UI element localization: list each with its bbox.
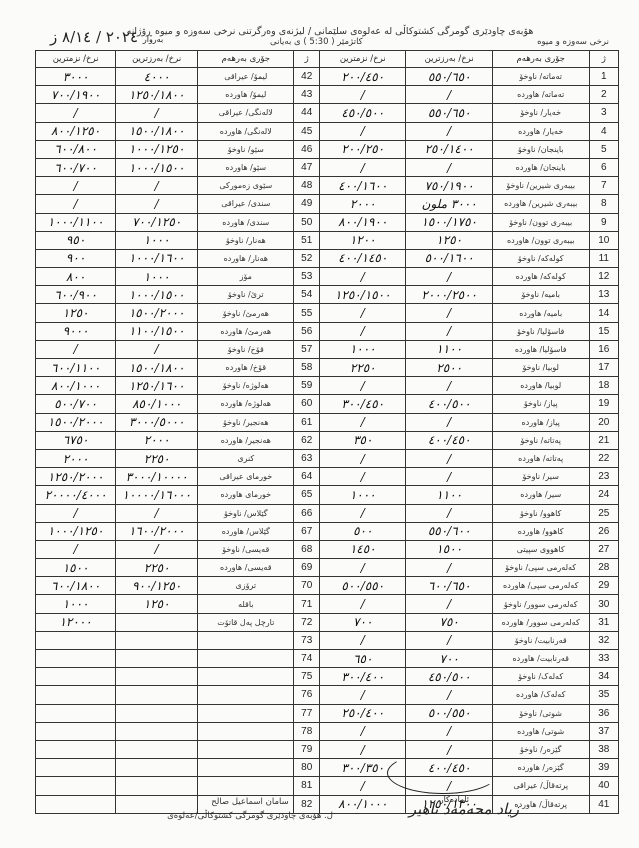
highest-price: ٢٢٥٠ <box>116 559 198 577</box>
item-name: گێزەر/ ناوخۆ <box>492 740 589 758</box>
row-number: 36 <box>589 704 618 722</box>
item-name: بیبەری توون/ هاوردە <box>492 231 589 249</box>
table-row: 36شوتی/ ناوخۆ٥٠٠/٥٥٠٢٥٠/٤٠٠ <box>320 704 619 722</box>
row-number: 15 <box>589 322 618 340</box>
item-name: خەیار/ ناوخۆ <box>492 104 589 122</box>
table-row: 31کەلەرمی سوور/ هاوردە٧٥٠٧٠٠ <box>320 613 619 631</box>
item-name: خورمای هاوردە <box>198 486 294 504</box>
row-number: 6 <box>589 158 618 176</box>
highest-price: ٣٠٠٠/٥٠٠٠ <box>116 413 198 431</box>
lowest-price <box>36 668 116 686</box>
table-row: 51هەنار/ ناوخۆ١٠٠٠٩٥٠ <box>36 231 320 249</box>
item-name: لالەنگی/ هاوردە <box>198 122 294 140</box>
item-name: هەنجیر/ هاوردە <box>198 431 294 449</box>
highest-price: ١٠٠٠/١٢٥٠ <box>116 140 198 158</box>
row-number: 34 <box>589 668 618 686</box>
lowest-price: ٧٠٠/١٩٠٠ <box>36 86 116 104</box>
official-role: ل. هۆبەی چاودێری گومرگی کشتوکاڵی/عەلوەی <box>150 809 350 823</box>
lowest-price: ١٥٠٠/٢٠٠٠ <box>36 413 116 431</box>
table-row: 81 <box>36 777 320 795</box>
row-number: 51 <box>294 231 320 249</box>
item-name: بیبەری شیرین/ هاوردە <box>492 195 589 213</box>
lowest-price: / <box>320 122 406 140</box>
highest-price: ٥٥٠/٦٥٠ <box>406 104 492 122</box>
highest-price: ٦٠٠/٦٥٠ <box>406 577 492 595</box>
item-name: کاهوو/ ناوخۆ <box>492 504 589 522</box>
lowest-price: / <box>320 86 406 104</box>
highest-price: ٢٠٠٠/٢٥٠٠ <box>406 286 492 304</box>
item-name: پرتەقاڵ/ عیراقی <box>492 777 589 795</box>
lowest-price: ٦٠٠/٨٠٠ <box>36 140 116 158</box>
highest-price: ١٥٠٠/١٨٠٠ <box>116 122 198 140</box>
lowest-price: / <box>36 540 116 558</box>
lowest-price <box>36 704 116 722</box>
row-number: 47 <box>294 158 320 176</box>
lowest-price: ٧٠٠ <box>320 613 406 631</box>
item-name: کەلەرمی سوور/ ناوخۆ <box>492 595 589 613</box>
lowest-price: ٥٠٠/٧٠٠ <box>36 395 116 413</box>
row-number: 35 <box>589 686 618 704</box>
highest-price: ١٠٠٠ <box>116 231 198 249</box>
col-lowest: نرخ/ نزمترین <box>320 51 406 68</box>
table-row: 65خورمای هاوردە١٠٠٠٠/١٦٠٠٠٢٠٠٠٠/٤٠٠٠ <box>36 486 320 504</box>
row-number: 7 <box>589 177 618 195</box>
highest-price: ٢٥٠٠ <box>406 359 492 377</box>
lowest-price: ٨٠٠/١٩٠٠ <box>320 213 406 231</box>
item-name: کولەکە/ هاوردە <box>492 268 589 286</box>
row-number: 48 <box>294 177 320 195</box>
row-number: 68 <box>294 540 320 558</box>
row-number: 63 <box>294 449 320 467</box>
lowest-price <box>36 759 116 777</box>
highest-price: ١٢٥٠/١٨٠٠ <box>116 86 198 104</box>
highest-price: / <box>406 122 492 140</box>
highest-price: ١٠٠٠/١٦٠٠ <box>116 249 198 267</box>
highest-price: ٣٠٠٠ ملون <box>406 195 492 213</box>
item-name: بیبەری شیرین/ ناوخۆ <box>492 177 589 195</box>
item-name: کەلەک/ ناوخۆ <box>492 668 589 686</box>
lowest-price: / <box>36 504 116 522</box>
highest-price: ١٢٥٠/١٦٠٠ <box>116 377 198 395</box>
highest-price: / <box>406 86 492 104</box>
item-name: قۆخ/ هاوردە <box>198 359 294 377</box>
row-number: 29 <box>589 577 618 595</box>
row-number: 22 <box>589 449 618 467</box>
lowest-price: / <box>320 740 406 758</box>
table-row: 34کەلەک/ ناوخۆ٤٥٠/٥٠٠٣٠٠/٤٠٠ <box>320 668 619 686</box>
highest-price: / <box>116 195 198 213</box>
highest-price: ١٠٠٠ <box>116 268 198 286</box>
price-table-left: ژ جۆری بەرهەم نرخ/ بەرزترین نرخ/ نزمترین… <box>35 50 320 814</box>
table-row: 70ترۆزی٩٠٠/١٢٥٠٦٠٠/١٨٠٠ <box>36 577 320 595</box>
table-row: 55هەرمێ/ ناوخۆ١٥٠٠/٢٠٠٠١٢٥٠ <box>36 304 320 322</box>
lowest-price: ٢٠٠٠ <box>320 195 406 213</box>
row-number: 33 <box>589 650 618 668</box>
highest-price: ٥٥٠/٦٠٠ <box>406 522 492 540</box>
row-number: 76 <box>294 686 320 704</box>
item-name: قەیسی/ ناوخۆ <box>198 540 294 558</box>
lowest-price: / <box>320 468 406 486</box>
table-row: 11کولەکە/ ناوخۆ٥٠٠/١٦٠٠٤٠٠/١٤٥٠ <box>320 249 619 267</box>
highest-price <box>116 740 198 758</box>
row-number: 74 <box>294 650 320 668</box>
row-number: 13 <box>589 286 618 304</box>
lowest-price: ١٥٠٠ <box>36 559 116 577</box>
item-name: شوتی/ هاوردە <box>492 722 589 740</box>
item-name: گێزەر/ هاوردە <box>492 759 589 777</box>
row-number: 24 <box>589 486 618 504</box>
table-row: 72تارچل پەل قاتۆت١٢٠٠٠ <box>36 613 320 631</box>
lowest-price: / <box>320 413 406 431</box>
row-number: 80 <box>294 759 320 777</box>
highest-price: ١٢٥٠ <box>116 595 198 613</box>
lowest-price: ٣٠٠/٤٠٠ <box>320 668 406 686</box>
table-row: 12کولەکە/ هاوردە// <box>320 268 619 286</box>
item-name: هەنار/ هاوردە <box>198 249 294 267</box>
lowest-price: ٥٠٠ <box>320 522 406 540</box>
table-row: 17لوبیا/ ناوخۆ٢٥٠٠٢٢٥٠ <box>320 359 619 377</box>
item-name: کەلەرمی سوور/ هاوردە <box>492 613 589 631</box>
item-name: پەتاتە/ ناوخۆ <box>492 431 589 449</box>
table-row: 60هەلوژە/ هاوردە٨٥٠/١٠٠٠٥٠٠/٧٠٠ <box>36 395 320 413</box>
table-row: 20پیاز/ هاوردە// <box>320 413 619 431</box>
highest-price <box>116 668 198 686</box>
table-row: 18لوبیا/ هاوردە// <box>320 377 619 395</box>
table-row: 78 <box>36 722 320 740</box>
item-name: مۆز <box>198 268 294 286</box>
row-number: 78 <box>294 722 320 740</box>
item-name: باینجان/ ناوخۆ <box>492 140 589 158</box>
col-item: جۆری بەرهەم <box>492 51 589 68</box>
item-name <box>198 740 294 758</box>
highest-price: / <box>116 340 198 358</box>
table-row: 44لالەنگی/ عیراقی// <box>36 104 320 122</box>
table-row: 75 <box>36 668 320 686</box>
table-row: 9بیبەری توون/ ناوخۆ١٥٠٠/١٧٥٠٨٠٠/١٩٠٠ <box>320 213 619 231</box>
item-name: پیاز/ هاوردە <box>492 413 589 431</box>
item-name: باقلە <box>198 595 294 613</box>
table-row: 74 <box>36 650 320 668</box>
item-name: خەیار/ هاوردە <box>492 122 589 140</box>
item-name: کەلەرمی سپی/ ناوخۆ <box>492 559 589 577</box>
table-row: 37شوتی/ هاوردە// <box>320 722 619 740</box>
highest-price <box>116 722 198 740</box>
lowest-price: ٤٠٠/١٦٠٠ <box>320 177 406 195</box>
row-number: 27 <box>589 540 618 558</box>
date-label: بەروار <box>143 35 163 44</box>
row-number: 52 <box>294 249 320 267</box>
table-row: 64خورمای عیراقی٣٠٠٠/١٠٠٠٠١٢٥٠/٢٠٠٠ <box>36 468 320 486</box>
col-no: ژ <box>294 51 320 68</box>
table-row: 30کەلەرمی سوور/ ناوخۆ// <box>320 595 619 613</box>
highest-price: ١٠٠٠/١٥٠٠ <box>116 158 198 176</box>
row-number: 16 <box>589 340 618 358</box>
document-title: هۆبەی چاودێری گومرگی کشتوکاڵی لە عەلوەی … <box>110 26 550 37</box>
item-name: بامیە/ ناوخۆ <box>492 286 589 304</box>
signer-signature: زیاد محەمەد تاهیر <box>409 800 519 818</box>
table-row: 46سێو/ ناوخۆ١٠٠٠/١٢٥٠٦٠٠/٨٠٠ <box>36 140 320 158</box>
lowest-price: ٣٥٠ <box>320 431 406 449</box>
highest-price: / <box>406 322 492 340</box>
lowest-price: ٢٥٠/٤٠٠ <box>320 704 406 722</box>
lowest-price: ١٢٥٠ <box>36 304 116 322</box>
table-row: 56هەرمێ/ هاوردە١١٠٠/١٥٠٠٩٠٠٠ <box>36 322 320 340</box>
lowest-price <box>36 777 116 795</box>
lowest-price: ١٠٠٠/١١٠٠ <box>36 213 116 231</box>
highest-price: / <box>406 449 492 467</box>
row-number: 55 <box>294 304 320 322</box>
item-name: گێلاس/ ناوخۆ <box>198 504 294 522</box>
lowest-price: / <box>320 559 406 577</box>
lowest-price: / <box>36 177 116 195</box>
item-name: گێلاس/ هاوردە <box>198 522 294 540</box>
table-row: 5باینجان/ ناوخۆ٢٥٠/١٤٠٠٢٠٠/٢٥٠ <box>320 140 619 158</box>
lowest-price: ٦٧٥٠ <box>36 431 116 449</box>
row-number: 41 <box>589 795 618 813</box>
highest-price: / <box>406 268 492 286</box>
highest-price: / <box>116 504 198 522</box>
table-row: 77 <box>36 704 320 722</box>
lowest-price: ٥٠٠/٥٥٠ <box>320 577 406 595</box>
lowest-price: ١٢٠٠ <box>320 231 406 249</box>
lowest-price: ٢٠٠/٤٥٠ <box>320 68 406 86</box>
lowest-price: / <box>320 304 406 322</box>
row-number: 57 <box>294 340 320 358</box>
table-row: 16فاسۆلیا/ هاوردە١١٠٠١٠٠٠ <box>320 340 619 358</box>
row-number: 77 <box>294 704 320 722</box>
row-number: 5 <box>589 140 618 158</box>
table-row: 67گێلاس/ هاوردە١٦٠٠/٢٠٠٠١٠٠٠/١٢٥٠ <box>36 522 320 540</box>
table-row: 19پیاز/ ناوخۆ٤٠٠/٥٠٠٣٠٠/٤٥٠ <box>320 395 619 413</box>
item-name: شوتی/ ناوخۆ <box>492 704 589 722</box>
table-row: 29کەلەرمی سپی/ هاوردە٦٠٠/٦٥٠٥٠٠/٥٥٠ <box>320 577 619 595</box>
lowest-price: ٦٠٠/٩٠٠ <box>36 286 116 304</box>
row-number: 30 <box>589 595 618 613</box>
highest-price: ٤٥٠/٥٠٠ <box>406 668 492 686</box>
row-number: 23 <box>589 468 618 486</box>
lowest-price: ٣٠٠/٤٥٠ <box>320 395 406 413</box>
item-name: قۆخ/ ناوخۆ <box>198 340 294 358</box>
row-number: 73 <box>294 631 320 649</box>
lowest-price: ٩٠٠٠ <box>36 322 116 340</box>
row-number: 43 <box>294 86 320 104</box>
table-header-row: ژ جۆری بەرهەم نرخ/ بەرزترین نرخ/ نزمترین <box>36 51 320 68</box>
table-row: 26کاهوو/ هاوردە٥٥٠/٦٠٠٥٠٠ <box>320 522 619 540</box>
highest-price: / <box>116 540 198 558</box>
lowest-price: / <box>36 340 116 358</box>
row-number: 40 <box>589 777 618 795</box>
lowest-price: ١٠٠٠/١٢٥٠ <box>36 522 116 540</box>
table-row: 45لالەنگی/ هاوردە١٥٠٠/١٨٠٠٨٠٠/١٢٥٠ <box>36 122 320 140</box>
row-number: 12 <box>589 268 618 286</box>
item-name: تەماتە/ هاوردە <box>492 86 589 104</box>
highest-price: / <box>406 304 492 322</box>
table-row: 50سندی/ هاوردە٧٠٠/١٢٥٠١٠٠٠/١١٠٠ <box>36 213 320 231</box>
lowest-price: ٢٠٠٠ <box>36 449 116 467</box>
item-name: سێو/ هاوردە <box>198 158 294 176</box>
highest-price <box>116 686 198 704</box>
highest-price: ٢٠٠٠ <box>116 431 198 449</box>
table-row: 54ترێ/ ناوخۆ١٠٠٠/١٥٠٠٦٠٠/٩٠٠ <box>36 286 320 304</box>
highest-price: ٣٠٠٠/١٠٠٠٠ <box>116 468 198 486</box>
row-number: 50 <box>294 213 320 231</box>
row-number: 60 <box>294 395 320 413</box>
row-number: 17 <box>589 359 618 377</box>
highest-price: ٤٠٠/٥٠٠ <box>406 395 492 413</box>
highest-price: ٢٥٠/١٤٠٠ <box>406 140 492 158</box>
row-number: 62 <box>294 431 320 449</box>
lowest-price: ١٠٠٠ <box>320 486 406 504</box>
item-name <box>198 759 294 777</box>
row-number: 61 <box>294 413 320 431</box>
table-row: 25کاهوو/ ناوخۆ// <box>320 504 619 522</box>
lowest-price: ٦٠٠/١١٠٠ <box>36 359 116 377</box>
row-number: 46 <box>294 140 320 158</box>
col-highest: نرخ/ بەرزترین <box>406 51 492 68</box>
lowest-price: / <box>320 595 406 613</box>
lowest-price: / <box>320 722 406 740</box>
highest-price: / <box>406 413 492 431</box>
table-row: 76 <box>36 686 320 704</box>
item-name: بامیە/ هاوردە <box>492 304 589 322</box>
highest-price: ١٠٠٠/١٥٠٠ <box>116 286 198 304</box>
highest-price: ٧٠٠/١٢٥٠ <box>116 213 198 231</box>
item-name: سێوی زەمورکی <box>198 177 294 195</box>
item-name: سێو/ ناوخۆ <box>198 140 294 158</box>
item-name: قەرنابیت/ ناوخۆ <box>492 631 589 649</box>
table-row: 1تەماتە/ ناوخۆ٥٥٠/٦٥٠٢٠٠/٤٥٠ <box>320 68 619 86</box>
lowest-price <box>36 795 116 813</box>
lowest-price: ٢٠٠/٢٥٠ <box>320 140 406 158</box>
row-number: 26 <box>589 522 618 540</box>
row-number: 21 <box>589 431 618 449</box>
lowest-price <box>36 740 116 758</box>
item-name <box>198 668 294 686</box>
lowest-price: / <box>320 158 406 176</box>
lowest-price: / <box>320 322 406 340</box>
lowest-price: ٩٥٠ <box>36 231 116 249</box>
item-name: باینجان/ هاوردە <box>492 158 589 176</box>
table-row: 59هەلوژە/ ناوخۆ١٢٥٠/١٦٠٠٨٠٠/١٠٠٠ <box>36 377 320 395</box>
lowest-price: ٦٥٠ <box>320 650 406 668</box>
table-row: 73 <box>36 631 320 649</box>
table-row: 57قۆخ/ ناوخۆ// <box>36 340 320 358</box>
item-name: فاسۆلیا/ ناوخۆ <box>492 322 589 340</box>
item-name: سندی/ عیراقی <box>198 195 294 213</box>
lowest-price: ٨٠٠/١٢٥٠ <box>36 122 116 140</box>
table-row: 28کەلەرمی سپی/ ناوخۆ// <box>320 559 619 577</box>
item-name: کەلەک/ هاوردە <box>492 686 589 704</box>
table-row: 61هەنجیر/ ناوخۆ٣٠٠٠/٥٠٠٠١٥٠٠/٢٠٠٠ <box>36 413 320 431</box>
lowest-price: ٩٠٠ <box>36 249 116 267</box>
item-name: کاهووی سپیتی <box>492 540 589 558</box>
highest-price: / <box>406 468 492 486</box>
row-number: 70 <box>294 577 320 595</box>
item-name <box>198 704 294 722</box>
row-number: 19 <box>589 395 618 413</box>
table-row: 10بیبەری توون/ هاوردە١٢٥٠١٢٠٠ <box>320 231 619 249</box>
row-number: 42 <box>294 68 320 86</box>
item-name: کاهوو/ هاوردە <box>492 522 589 540</box>
row-number: 65 <box>294 486 320 504</box>
highest-price: / <box>406 595 492 613</box>
row-number: 38 <box>589 740 618 758</box>
item-name: پیاز/ ناوخۆ <box>492 395 589 413</box>
row-number: 49 <box>294 195 320 213</box>
lowest-price: ٤٥٠/٥٠٠ <box>320 104 406 122</box>
lowest-price: ٦٠٠/١٨٠٠ <box>36 577 116 595</box>
table-row: 48سێوی زەمورکی// <box>36 177 320 195</box>
row-number: 28 <box>589 559 618 577</box>
item-name: تەماتە/ ناوخۆ <box>492 68 589 86</box>
row-number: 45 <box>294 122 320 140</box>
table-row: 32قەرنابیت/ ناوخۆ// <box>320 631 619 649</box>
row-number: 4 <box>589 122 618 140</box>
item-name: هەلوژە/ ناوخۆ <box>198 377 294 395</box>
highest-price: ٩٠٠/١٢٥٠ <box>116 577 198 595</box>
table-row: 66گێلاس/ ناوخۆ// <box>36 504 320 522</box>
row-number: 72 <box>294 613 320 631</box>
highest-price: ١٥٠٠/٢٠٠٠ <box>116 304 198 322</box>
lowest-price: ٨٠٠/١٠٠٠ <box>36 377 116 395</box>
table-row: 71باقلە١٢٥٠١٠٠٠ <box>36 595 320 613</box>
row-number: 25 <box>589 504 618 522</box>
section-subtitle: نرخی سەوزە و میوە <box>537 37 609 47</box>
item-name: لوبیا/ هاوردە <box>492 377 589 395</box>
table-row: 63کنری٢٢٥٠٢٠٠٠ <box>36 449 320 467</box>
table-row: 52هەنار/ هاوردە١٠٠٠/١٦٠٠٩٠٠ <box>36 249 320 267</box>
item-name: لوبیا/ ناوخۆ <box>492 359 589 377</box>
lowest-price: ٦٠٠/٧٠٠ <box>36 158 116 176</box>
item-name <box>198 650 294 668</box>
item-name: خورمای عیراقی <box>198 468 294 486</box>
lowest-price: / <box>320 631 406 649</box>
lowest-price: / <box>320 686 406 704</box>
table-row: 33قەرنابیت/ هاوردە٧٠٠٦٥٠ <box>320 650 619 668</box>
item-name: قەیسی/ هاوردە <box>198 559 294 577</box>
highest-price: ٥٠٠/١٦٠٠ <box>406 249 492 267</box>
item-name: لیمۆ/ هاوردە <box>198 86 294 104</box>
lowest-price: ١٠٠٠ <box>36 595 116 613</box>
table-row: 58قۆخ/ هاوردە١٥٠٠/١٨٠٠٦٠٠/١١٠٠ <box>36 359 320 377</box>
highest-price <box>116 777 198 795</box>
col-no: ژ <box>589 51 618 68</box>
table-row: 23سیر/ ناوخۆ// <box>320 468 619 486</box>
highest-price: / <box>406 377 492 395</box>
row-number: 56 <box>294 322 320 340</box>
row-number: 64 <box>294 468 320 486</box>
lowest-price: / <box>36 195 116 213</box>
item-name <box>198 686 294 704</box>
highest-price: / <box>406 559 492 577</box>
lowest-price: / <box>320 449 406 467</box>
table-row: 2تەماتە/ هاوردە// <box>320 86 619 104</box>
item-name <box>198 777 294 795</box>
highest-price: / <box>406 686 492 704</box>
table-row: 68قەیسی/ ناوخۆ// <box>36 540 320 558</box>
table-header-row: ژ جۆری بەرهەم نرخ/ بەرزترین نرخ/ نزمترین <box>320 51 619 68</box>
table-row: 13بامیە/ ناوخۆ٢٠٠٠/٢٥٠٠١٢٥٠/١٥٠٠ <box>320 286 619 304</box>
row-number: 3 <box>589 104 618 122</box>
table-row: 3خەیار/ ناوخۆ٥٥٠/٦٥٠٤٥٠/٥٠٠ <box>320 104 619 122</box>
lowest-price: ١٤٥٠ <box>320 540 406 558</box>
lowest-price: ٢٢٥٠ <box>320 359 406 377</box>
lowest-price <box>36 650 116 668</box>
table-row: 69قەیسی/ هاوردە٢٢٥٠١٥٠٠ <box>36 559 320 577</box>
row-number: 10 <box>589 231 618 249</box>
highest-price: ٥٥٠/٦٥٠ <box>406 68 492 86</box>
table-row: 27کاهووی سپیتی١٥٠٠١٤٥٠ <box>320 540 619 558</box>
